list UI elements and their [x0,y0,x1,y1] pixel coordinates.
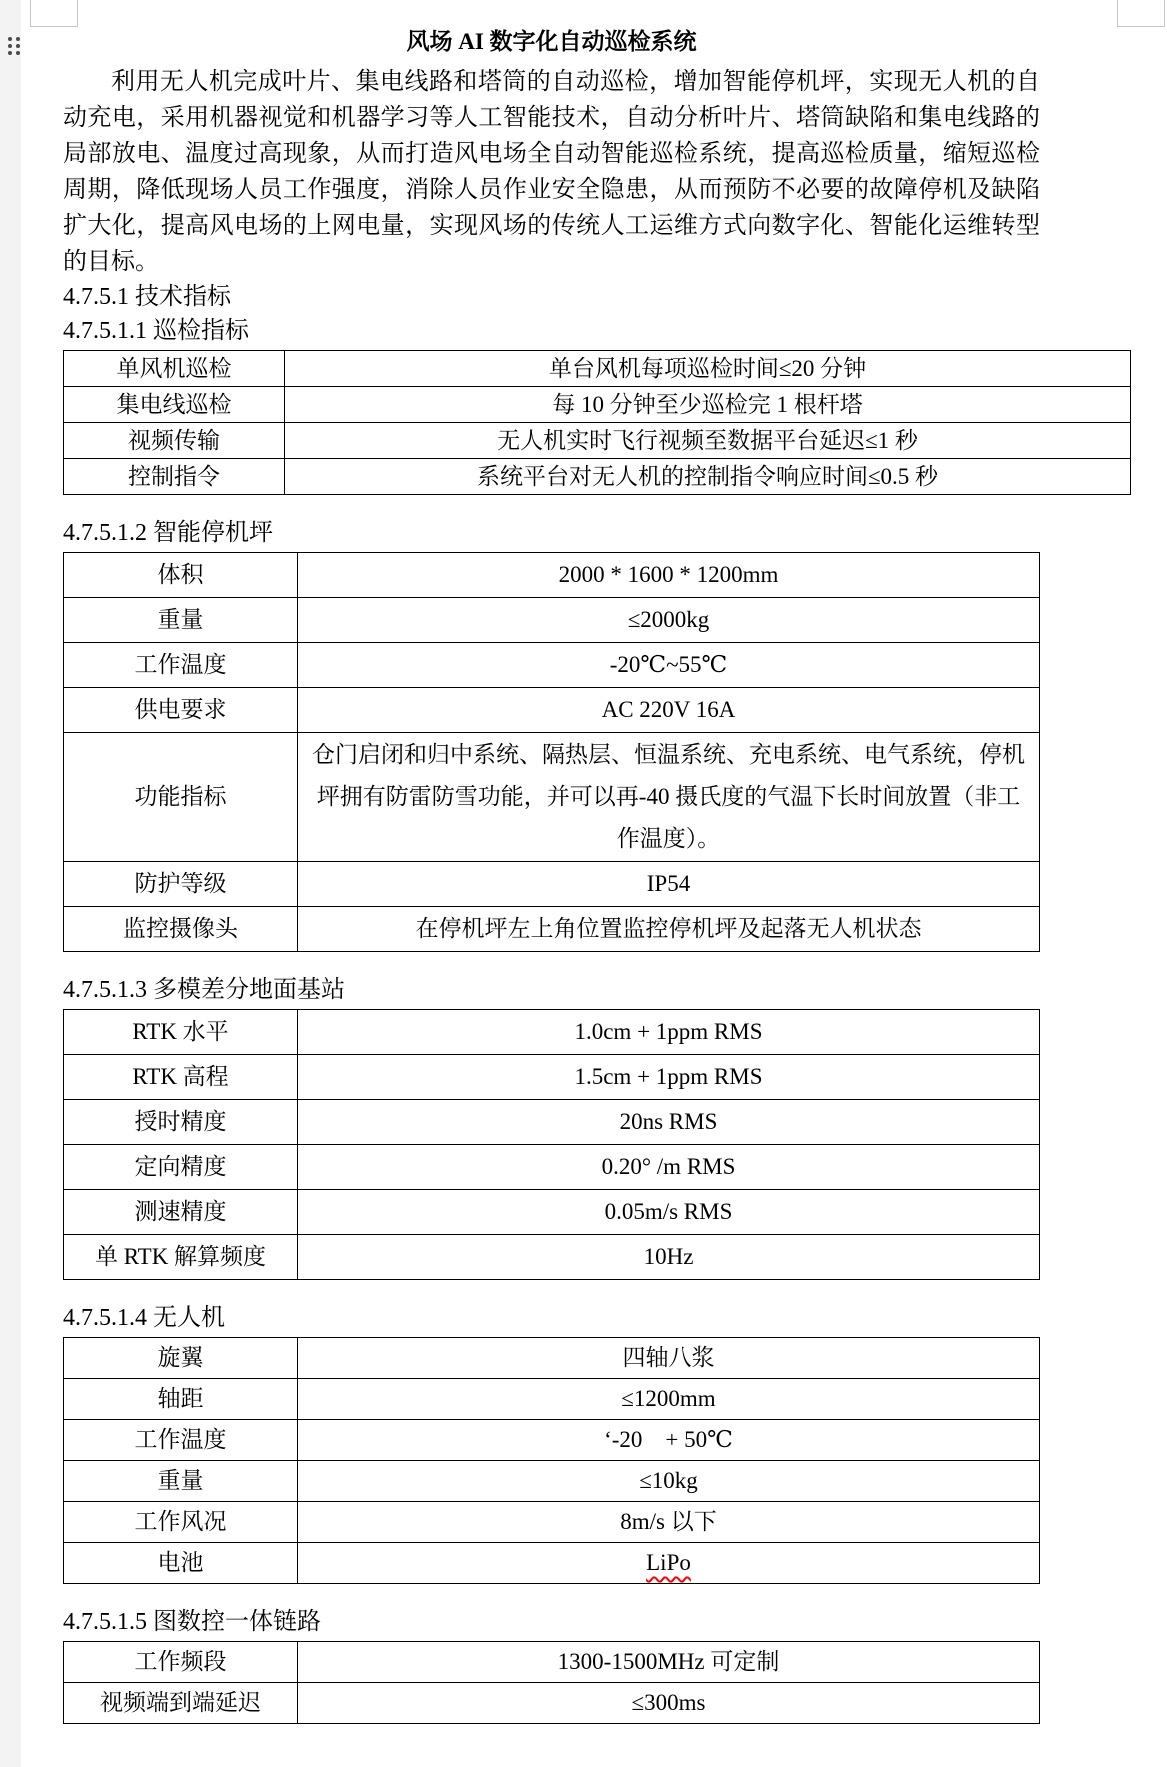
drag-handle-dot [8,44,12,48]
table-row: 工作频段1300-1500MHz 可定制 [64,1642,1040,1683]
spec-value-cell: 0.05m/s RMS [298,1190,1040,1235]
table-row: 工作温度‘-20 + 50℃ [64,1420,1040,1461]
spec-label-cell: 授时精度 [64,1100,298,1145]
spec-label-cell: 定向精度 [64,1145,298,1190]
spec-value-cell: LiPo [298,1543,1040,1584]
table-row: 供电要求AC 220V 16A [64,688,1040,733]
table-row: 控制指令系统平台对无人机的控制指令响应时间≤0.5 秒 [64,459,1131,495]
table-row: 定向精度0.20° /m RMS [64,1145,1040,1190]
spec-label-cell: RTK 水平 [64,1010,298,1055]
table-inspection-metrics: 单风机巡检单台风机每项巡检时间≤20 分钟集电线巡检每 10 分钟至少巡检完 1… [63,350,1131,495]
spec-value-cell: 10Hz [298,1235,1040,1280]
spec-value-cell: AC 220V 16A [298,688,1040,733]
spec-label-cell: 工作风况 [64,1502,298,1543]
spec-label-cell: 轴距 [64,1379,298,1420]
text-boundary-mark-top-right [1117,0,1165,27]
document-page: 风场 AI 数字化自动巡检系统 利用无人机完成叶片、集电线路和塔筒的自动巡检，增… [63,26,1133,1724]
drag-handle-dot [8,37,12,41]
spec-value-cell: IP54 [298,862,1040,907]
table-row: 测速精度0.05m/s RMS [64,1190,1040,1235]
spec-label-cell: 控制指令 [64,459,285,495]
spec-label-cell: RTK 高程 [64,1055,298,1100]
spellcheck-underlined-text: LiPo [646,1550,691,1575]
spec-label-cell: 测速精度 [64,1190,298,1235]
table-row: RTK 高程1.5cm + 1ppm RMS [64,1055,1040,1100]
spec-value-cell: 0.20° /m RMS [298,1145,1040,1190]
section-heading-datalink: 4.7.5.1.5 图数控一体链路 [63,1605,1133,1639]
spec-value-cell: 在停机坪左上角位置监控停机坪及起落无人机状态 [298,907,1040,952]
spec-value-cell: ≤300ms [298,1683,1040,1724]
spec-label-cell: 重量 [64,598,298,643]
spec-label-cell: 工作温度 [64,1420,298,1461]
table-row: 视频传输无人机实时飞行视频至数据平台延迟≤1 秒 [64,423,1131,459]
spec-label-cell: 工作温度 [64,643,298,688]
table-row: 电池LiPo [64,1543,1040,1584]
table-row: 轴距≤1200mm [64,1379,1040,1420]
table-row: 视频端到端延迟≤300ms [64,1683,1040,1724]
spec-value-cell: 单台风机每项巡检时间≤20 分钟 [285,351,1131,387]
table-row: 功能指标仓门启闭和归中系统、隔热层、恒温系统、充电系统、电气系统，停机坪拥有防雷… [64,733,1040,862]
drag-handle-dot [8,51,12,55]
section-heading-smart-hangar: 4.7.5.1.2 智能停机坪 [63,516,1133,550]
drag-handle-dot [16,44,20,48]
spec-label-cell: 视频传输 [64,423,285,459]
table-row: 旋翼四轴八浆 [64,1338,1040,1379]
table-row: 集电线巡检每 10 分钟至少巡检完 1 根杆塔 [64,387,1131,423]
spec-value-cell: ‘-20 + 50℃ [298,1420,1040,1461]
table-rtk-base-station: RTK 水平1.0cm + 1ppm RMSRTK 高程1.5cm + 1ppm… [63,1009,1040,1280]
table-row: 监控摄像头在停机坪左上角位置监控停机坪及起落无人机状态 [64,907,1040,952]
drag-handle-dot [16,51,20,55]
spec-label-cell: 重量 [64,1461,298,1502]
spec-value-cell: ≤10kg [298,1461,1040,1502]
spec-value-cell: 1.5cm + 1ppm RMS [298,1055,1040,1100]
spec-label-cell: 工作频段 [64,1642,298,1683]
table-row: 重量≤10kg [64,1461,1040,1502]
table-smart-hangar: 体积2000 * 1600 * 1200mm重量≤2000kg工作温度-20℃~… [63,552,1040,952]
spec-label-cell: 监控摄像头 [64,907,298,952]
table-row: 防护等级IP54 [64,862,1040,907]
table-row: 重量≤2000kg [64,598,1040,643]
spec-label-cell: 集电线巡检 [64,387,285,423]
table-row: 工作风况8m/s 以下 [64,1502,1040,1543]
spec-label-cell: 单风机巡检 [64,351,285,387]
spec-value-cell: 20ns RMS [298,1100,1040,1145]
spec-value-cell: 仓门启闭和归中系统、隔热层、恒温系统、充电系统、电气系统，停机坪拥有防雷防雪功能… [298,733,1040,862]
table-row: 工作温度-20℃~55℃ [64,643,1040,688]
table-row: 单 RTK 解算频度10Hz [64,1235,1040,1280]
spec-value-cell: 8m/s 以下 [298,1502,1040,1543]
table-row: RTK 水平1.0cm + 1ppm RMS [64,1010,1040,1055]
spec-value-cell: 系统平台对无人机的控制指令响应时间≤0.5 秒 [285,459,1131,495]
spec-label-cell: 功能指标 [64,733,298,862]
spec-value-cell: -20℃~55℃ [298,643,1040,688]
table-row: 单风机巡检单台风机每项巡检时间≤20 分钟 [64,351,1131,387]
section-heading-inspection-metrics: 4.7.5.1.1 巡检指标 [63,314,1133,348]
table-uav: 旋翼四轴八浆轴距≤1200mm工作温度‘-20 + 50℃重量≤10kg工作风况… [63,1337,1040,1584]
spec-label-cell: 体积 [64,553,298,598]
section-heading-uav: 4.7.5.1.4 无人机 [63,1301,1133,1335]
spec-value-cell: 无人机实时飞行视频至数据平台延迟≤1 秒 [285,423,1131,459]
spec-value-cell: 1.0cm + 1ppm RMS [298,1010,1040,1055]
drag-handle-dot [16,37,20,41]
section-heading-technical-metrics: 4.7.5.1 技术指标 [63,280,1133,314]
spec-label-cell: 供电要求 [64,688,298,733]
document-title: 风场 AI 数字化自动巡检系统 [63,26,1040,58]
spec-label-cell: 电池 [64,1543,298,1584]
spec-value-cell: 2000 * 1600 * 1200mm [298,553,1040,598]
spec-label-cell: 防护等级 [64,862,298,907]
table-row: 授时精度20ns RMS [64,1100,1040,1145]
table-datalink: 工作频段1300-1500MHz 可定制视频端到端延迟≤300ms [63,1641,1040,1724]
spec-label-cell: 单 RTK 解算频度 [64,1235,298,1280]
spec-label-cell: 旋翼 [64,1338,298,1379]
drag-handle-icon[interactable] [8,37,20,55]
spec-value-cell: ≤1200mm [298,1379,1040,1420]
spec-value-cell: 每 10 分钟至少巡检完 1 根杆塔 [285,387,1131,423]
spec-value-cell: 四轴八浆 [298,1338,1040,1379]
table-row: 体积2000 * 1600 * 1200mm [64,553,1040,598]
intro-paragraph: 利用无人机完成叶片、集电线路和塔筒的自动巡检，增加智能停机坪，实现无人机的自动充… [63,64,1040,280]
section-heading-rtk-base-station: 4.7.5.1.3 多模差分地面基站 [63,973,1133,1007]
spec-value-cell: 1300-1500MHz 可定制 [298,1642,1040,1683]
spec-value-cell: ≤2000kg [298,598,1040,643]
text-boundary-mark-top-left [30,0,78,27]
canvas-left-strip [0,0,21,1767]
spec-label-cell: 视频端到端延迟 [64,1683,298,1724]
